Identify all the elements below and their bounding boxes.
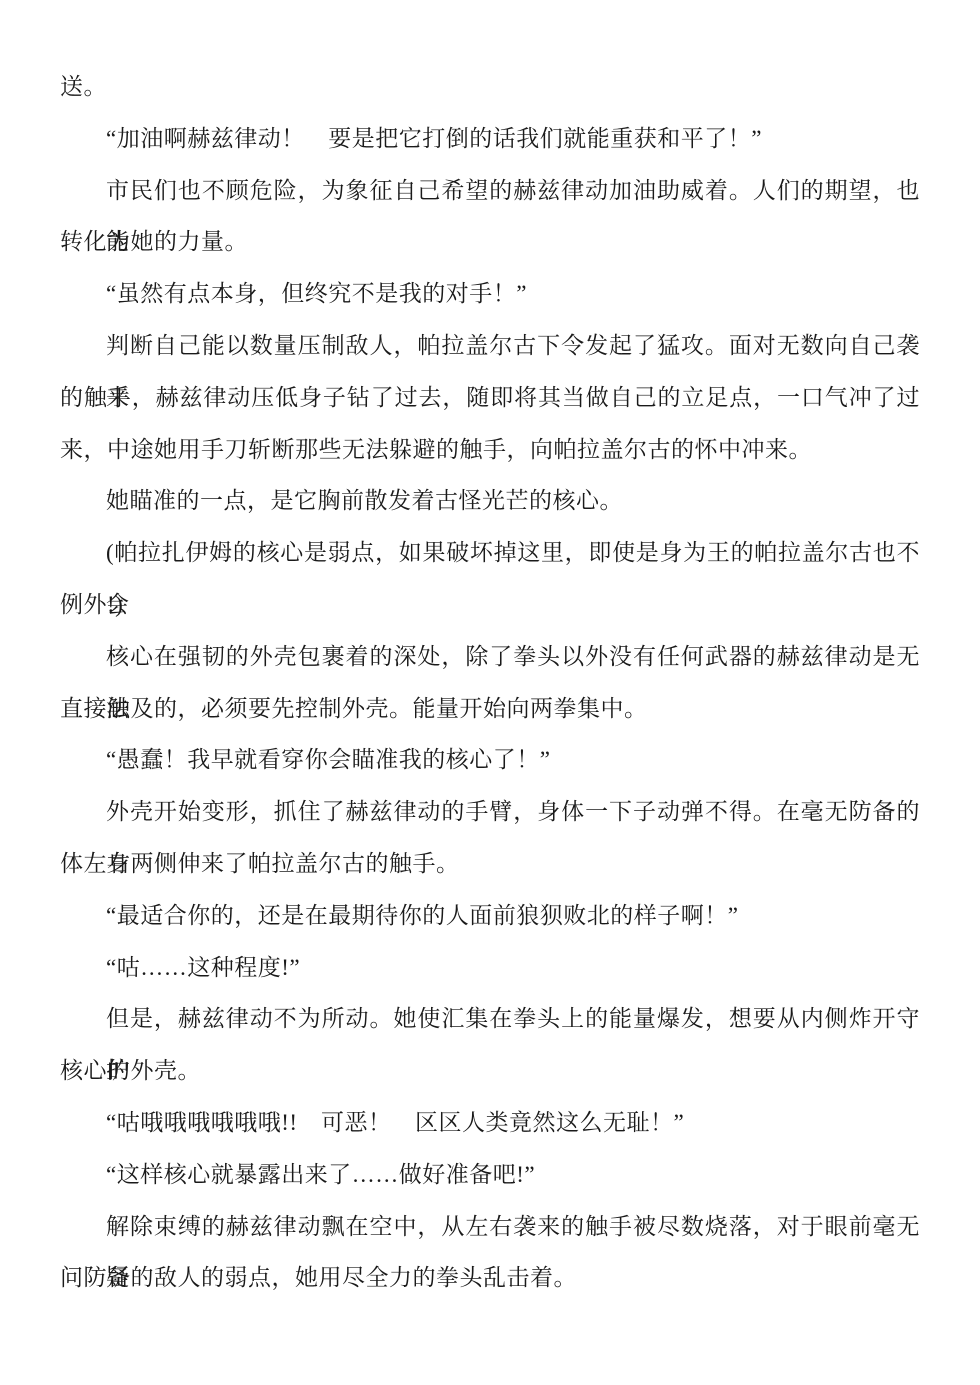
document-page: 送。 “加油啊赫兹律动！ 要是把它打倒的话我们就能重获和平了！” 市民们也不顾危… [0, 0, 980, 1385]
text-line: 市民们也不顾危险，为象征自己希望的赫兹律动加油助威着。人们的期望，也能 [60, 165, 920, 217]
text-line: 但是，赫兹律动不为所动。她使汇集在拳头上的能量爆发，想要从内侧炸开守护 [60, 993, 920, 1045]
text-line: (帕拉扎伊姆的核心是弱点，如果破坏掉这里，即使是身为王的帕拉盖尔古也不会 [60, 527, 920, 579]
text-line: 解除束缚的赫兹律动飘在空中，从左右袭来的触手被尽数烧落，对于眼前毫无疑 [60, 1201, 920, 1253]
text-line-dialogue: “咕哦哦哦哦哦哦!! 可恶！ 区区人类竟然这么无耻！” [60, 1097, 920, 1149]
text-line: 她瞄准的一点，是它胸前散发着古怪光芒的核心。 [60, 475, 920, 527]
text-line-dialogue: “加油啊赫兹律动！ 要是把它打倒的话我们就能重获和平了！” [60, 113, 920, 165]
text-line-dialogue: “愚蠢！我早就看穿你会瞄准我的核心了！” [60, 734, 920, 786]
text-line: 外壳开始变形，抓住了赫兹律动的手臂，身体一下子动弹不得。在毫无防备的身 [60, 786, 920, 838]
text-line: 转化为她的力量。 [60, 216, 920, 268]
text-line-dialogue: “这样核心就暴露出来了……做好准备吧!” [60, 1149, 920, 1201]
text-line-dialogue: “虽然有点本身，但终究不是我的对手！” [60, 268, 920, 320]
text-line-dialogue: “咕……这种程度!” [60, 942, 920, 994]
text-line: 核心在强韧的外壳包裹着的深处，除了拳头以外没有任何武器的赫兹律动是无法 [60, 631, 920, 683]
text-line: 的触手，赫兹律动压低身子钻了过去，随即将其当做自己的立足点，一口气冲了过 [60, 372, 920, 424]
text-line: 体左右两侧伸来了帕拉盖尔古的触手。 [60, 838, 920, 890]
text-line: 直接触及的，必须要先控制外壳。能量开始向两拳集中。 [60, 683, 920, 735]
text-line-dialogue: “最适合你的，还是在最期待你的人面前狼狈败北的样子啊！” [60, 890, 920, 942]
text-line: 判断自己能以数量压制敌人，帕拉盖尔古下令发起了猛攻。面对无数向自己袭来 [60, 320, 920, 372]
text-line: 问防备的敌人的弱点，她用尽全力的拳头乱击着。 [60, 1252, 920, 1304]
text-line: 来，中途她用手刀斩断那些无法躲避的触手，向帕拉盖尔古的怀中冲来。 [60, 424, 920, 476]
text-line: 送。 [60, 61, 920, 113]
text-line: 核心的外壳。 [60, 1045, 920, 1097]
text-line: 例外!) [60, 579, 920, 631]
